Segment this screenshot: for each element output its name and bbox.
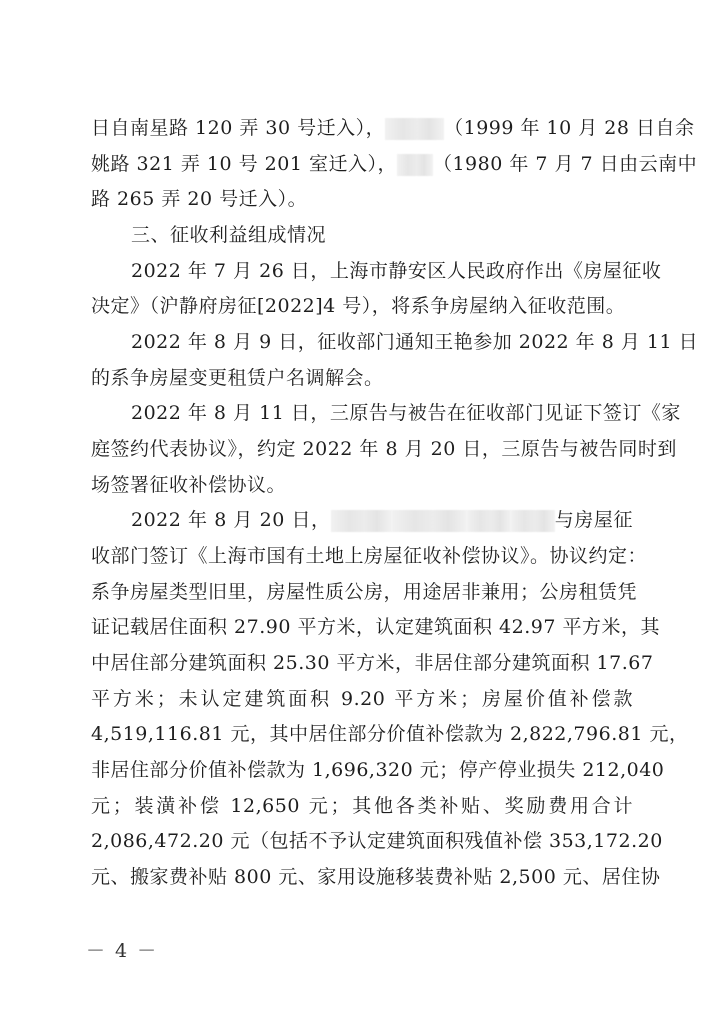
- redacted-name: [511, 510, 555, 532]
- text-line: 系争房屋类型旧里，房屋性质公房，用途居非兼用；公房租赁凭: [91, 577, 633, 607]
- text-line: 4,519,116.81 元，其中居住部分价值补偿款为 2,822,796.81…: [91, 719, 633, 749]
- text-segment: 2022 年 8 月 20 日，: [131, 509, 331, 531]
- text-line: 日自南星路 120 弄 30 号迁入），（1999 年 10 月 28 日自余: [91, 113, 633, 143]
- text-segment: （1999 年 10 月 28 日自余: [444, 117, 694, 139]
- text-line: 决定》（沪静府房征[2022]4 号），将系争房屋纳入征收范围。: [91, 291, 633, 321]
- text-segment: （1980 年 7 月 7 日由云南中: [433, 153, 697, 175]
- text-segment: 姚路 321 弄 10 号 201 室迁入），: [91, 153, 397, 175]
- redacted-name: [467, 510, 511, 532]
- section-heading: 三、征收利益组成情况: [131, 220, 633, 250]
- text-line: 2022 年 8 月 9 日，征收部门通知王艳参加 2022 年 8 月 11 …: [131, 327, 633, 357]
- text-line: 庭签约代表协议》，约定 2022 年 8 月 20 日，三原告与被告同时到: [91, 434, 633, 464]
- text-line: 场签署征收补偿协议。: [91, 470, 633, 500]
- text-line: 2022 年 8 月 11 日，三原告与被告在征收部门见证下签订《家: [131, 398, 633, 428]
- text-segment: 与房屋征: [555, 509, 633, 531]
- text-line: 姚路 321 弄 10 号 201 室迁入），（1980 年 7 月 7 日由云…: [91, 149, 633, 179]
- redacted-name: [397, 154, 433, 176]
- text-line: 非居住部分价值补偿款为 1,696,320 元；停产停业损失 212,040: [91, 755, 633, 785]
- text-line: 平方米；未认定建筑面积 9.20 平方米；房屋价值补偿款: [91, 684, 633, 714]
- text-line: 元、搬家费补贴 800 元、家用设施移装费补贴 2,500 元、居住协: [91, 862, 633, 892]
- page-number: － 4 －: [86, 938, 158, 964]
- text-line: 中居住部分建筑面积 25.30 平方米，非居住部分建筑面积 17.67: [91, 648, 633, 678]
- text-line: 2,086,472.20 元（包括不予认定建筑面积残值补偿 353,172.20: [91, 826, 633, 856]
- text-line: 的系争房屋变更租赁户名调解会。: [91, 363, 633, 393]
- text-segment: 日自南星路 120 弄 30 号迁入），: [91, 117, 385, 139]
- text-line: 路 265 弄 20 号迁入）。: [91, 184, 633, 214]
- document-page: 日自南星路 120 弄 30 号迁入），（1999 年 10 月 28 日自余 …: [0, 0, 724, 1024]
- text-line: 2022 年 8 月 20 日，与房屋征: [131, 505, 633, 535]
- redacted-name: [392, 510, 467, 532]
- text-line: 元；装潢补偿 12,650 元；其他各类补贴、奖励费用合计: [91, 791, 633, 821]
- text-line: 证记载居住面积 27.90 平方米，认定建筑面积 42.97 平方米，其: [91, 612, 633, 642]
- text-line: 2022 年 7 月 26 日，上海市静安区人民政府作出《房屋征收: [131, 256, 633, 286]
- redacted-name: [331, 510, 392, 532]
- redacted-name: [385, 118, 444, 140]
- text-line: 收部门签订《上海市国有土地上房屋征收补偿协议》。协议约定：: [91, 541, 633, 571]
